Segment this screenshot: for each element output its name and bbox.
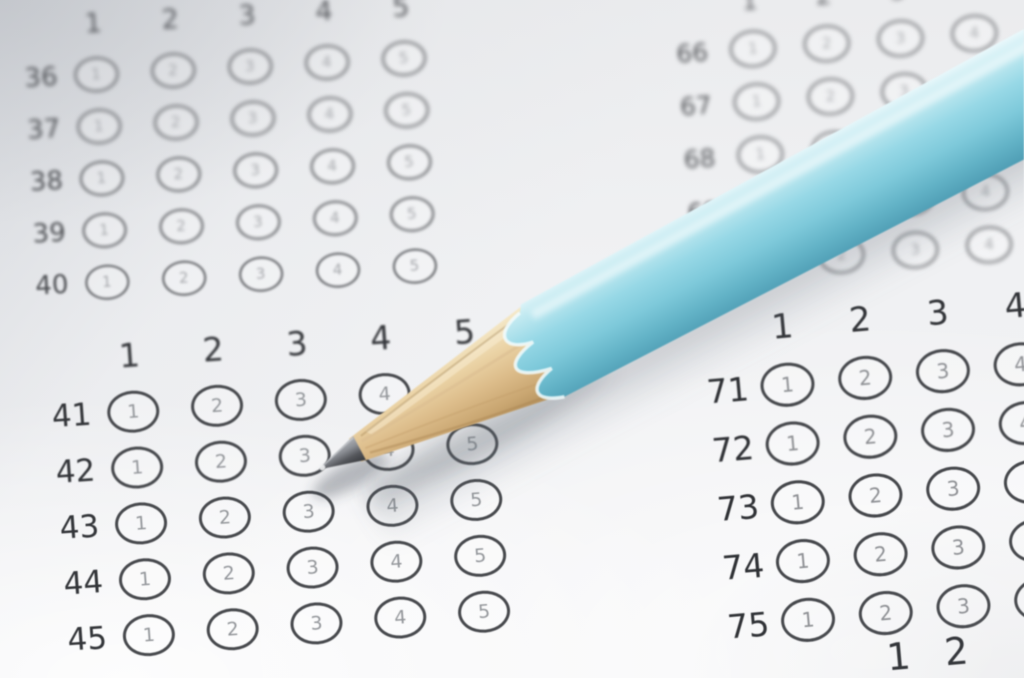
answer-sheet-photo: 1234536123453712345381234539123454012345… bbox=[0, 0, 1024, 678]
pencil bbox=[0, 0, 1024, 678]
